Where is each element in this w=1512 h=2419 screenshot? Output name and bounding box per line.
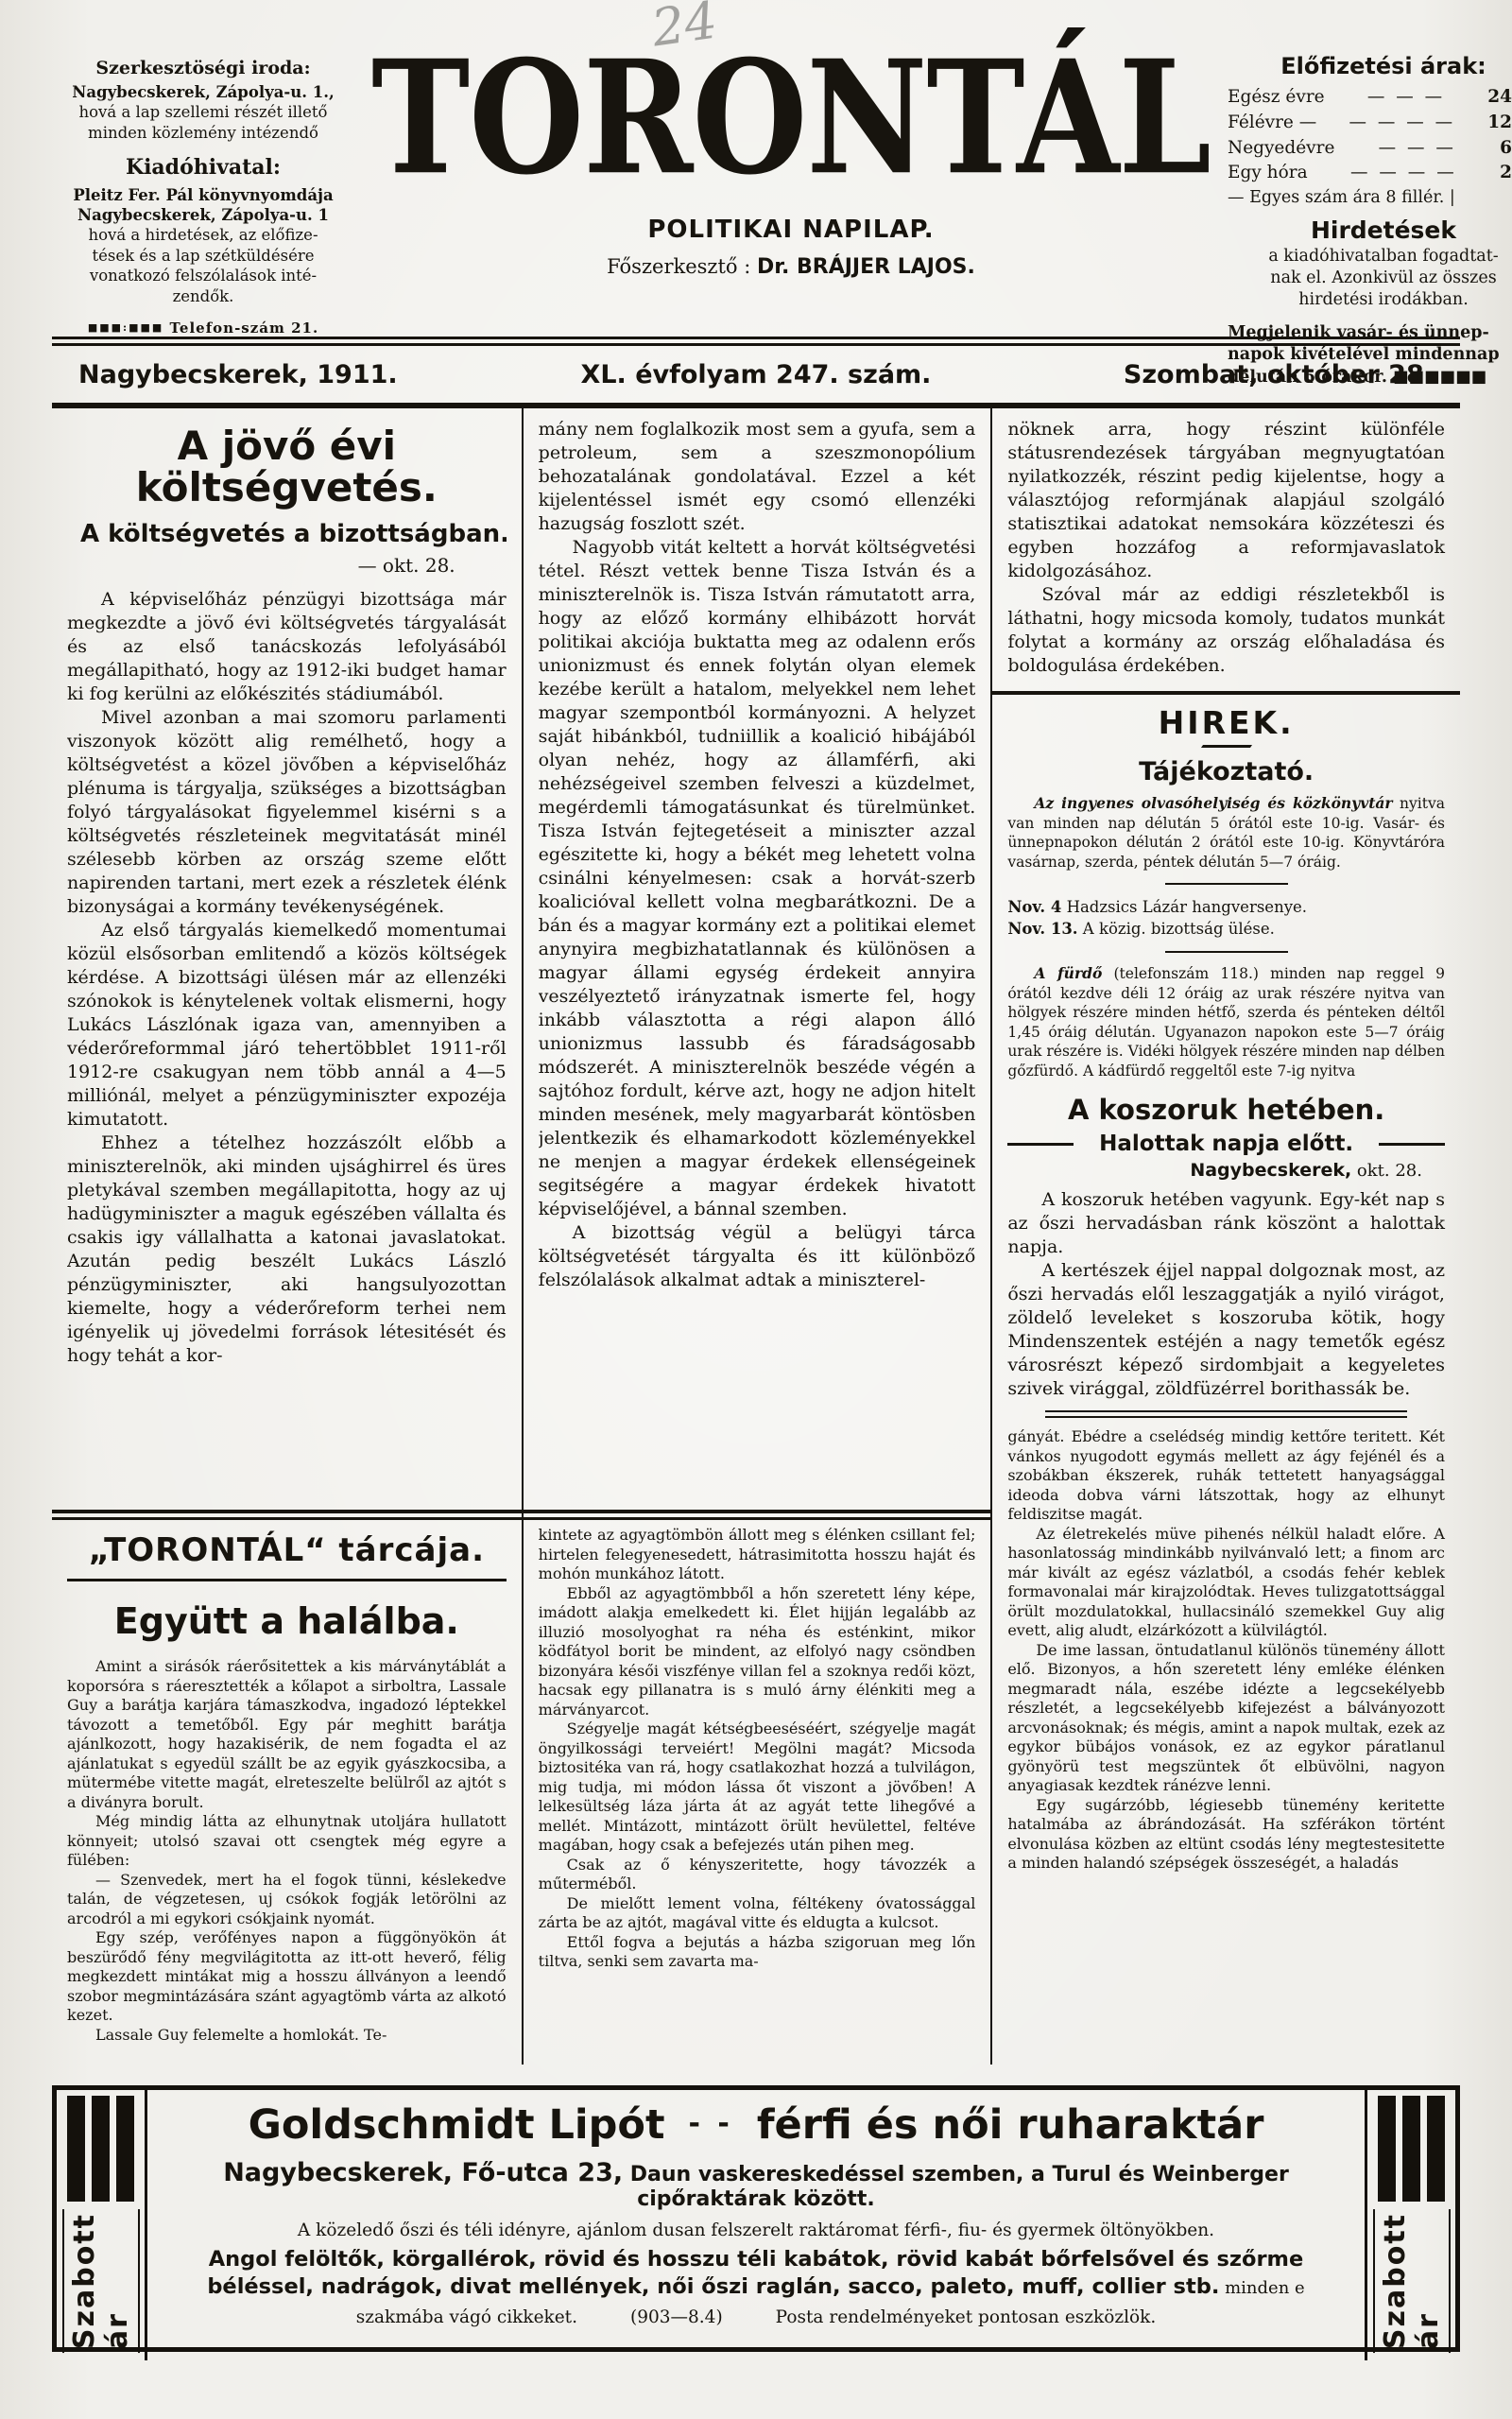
event-text: A közig. bizottság ülése.	[1078, 920, 1275, 938]
feuilleton-col2: kintete az agyagtömbön állott meg s élén…	[539, 1526, 976, 2065]
column-3: nöknek arra, hogy részint különféle stát…	[990, 408, 1460, 2065]
paragraph: Ehhez a tételhez hozzászólt előbb a mini…	[67, 1132, 507, 1368]
dateline-day: Szombat, október 28.	[982, 360, 1434, 389]
ads-info: a kiadóhivatalban fogadtat-nak el. Azonk…	[1228, 246, 1512, 310]
section-divider-rule	[52, 1510, 522, 1520]
ad-bottom-line: szakmába vágó cikkeket. (903—8.4) Posta …	[170, 2307, 1342, 2327]
price-label: Egész évre	[1228, 85, 1325, 111]
ad-address-rest: Daun vaskereskedéssel szemben, a Turul é…	[623, 2163, 1289, 2211]
ad-code: (903—8.4)	[630, 2307, 723, 2327]
price-dashes: — — —	[1334, 136, 1500, 162]
editor-name: Dr. BRÁJJER LAJOS.	[757, 255, 975, 279]
feuilleton-col1: „TORONTÁL“ tárcája. Együtt a halálba. Am…	[67, 1526, 507, 2065]
flourish-ornament	[1201, 745, 1252, 748]
event-text: Hadzsics Lázár hangversenye.	[1061, 898, 1307, 916]
paragraph: a kiadóhivatalban fogadtat-	[1228, 246, 1512, 268]
advertisement: Szabott ár Goldschmidt Lipót - - férfi é…	[52, 2085, 1460, 2352]
ad-box: Szabott ár Goldschmidt Lipót - - férfi é…	[52, 2085, 1460, 2352]
paragraph: Szóval már az eddigi részletekből is lát…	[1007, 583, 1445, 678]
prices-title: Előfizetési árak:	[1228, 53, 1512, 79]
single-copy-price: — Egyes szám ára 8 fillér. |	[1228, 188, 1512, 207]
price-label: Félévre —	[1228, 111, 1316, 136]
ad-title-right: férfi és női ruharaktár	[757, 2101, 1264, 2149]
ad-goods-tail: minden e	[1219, 2278, 1304, 2298]
koszoruk-place: Nagybecskerek,	[1190, 1160, 1351, 1181]
paragraph: Szégyelje magát kétségbeeséséért, szégye…	[539, 1719, 976, 1856]
section-divider-rule	[524, 1510, 991, 1520]
lead-article-col2: mány nem foglalkozik most sem a gyufa, s…	[539, 418, 976, 1507]
hirek-top-rule	[992, 691, 1460, 695]
office-note: minden közlemény intézendő	[52, 123, 354, 143]
paragraph: kintete az agyagtömbön állott meg s élén…	[539, 1526, 976, 1584]
paragraph: Amint a sirásók ráerősitettek a kis márv…	[67, 1657, 507, 1812]
paragraph: mány nem foglalkozik most sem a gyufa, s…	[539, 418, 976, 536]
dateline-issue: XL. évfolyam 247. szám.	[530, 360, 982, 389]
ad-goods-line: Angol felöltők, körgallérok, rövid és ho…	[170, 2246, 1342, 2302]
fixed-price-label: Szabott ár	[1373, 2209, 1451, 2353]
koszoruk-dateline: Nagybecskerek, okt. 28.	[1007, 1160, 1445, 1181]
article-title: A jövő évi költségvetés.	[67, 425, 507, 509]
dash-rule	[1379, 1143, 1445, 1146]
office-note: hová a lap szellemi részét illető	[52, 102, 354, 122]
ad-title-separator: - -	[679, 2107, 743, 2140]
ad-title-left: Goldschmidt Lipót	[249, 2101, 665, 2149]
separator-rule	[1165, 951, 1288, 953]
paragraph: nöknek arra, hogy részint különféle stát…	[1007, 418, 1445, 583]
paragraph: Megjelenik vasár- és ünnep-	[1228, 322, 1512, 345]
ad-address: Nagybecskerek, Fő-utca 23, Daun vaskeres…	[170, 2158, 1342, 2211]
telefon-line: ■■■:■■■ Telefon-szám 21.	[52, 320, 354, 338]
separator-rule	[1165, 883, 1288, 885]
price-value: 12 K.	[1487, 111, 1512, 136]
library-notice: Az ingyenes olvasóhelyiség és közkönyvtá…	[1007, 794, 1445, 872]
feuilleton-col3: gányát. Ebédre a cselédség mindig kettőr…	[1007, 1427, 1445, 1874]
paragraph: A koszoruk hetében vagyunk. Egy-két nap …	[1007, 1188, 1445, 1259]
hirek-title: HIREK.	[1007, 704, 1445, 741]
price-dashes: — — — —	[1316, 111, 1487, 136]
publisher-note: zendők.	[52, 286, 354, 306]
publisher-line: Pleitz Fer. Pál könyvnyomdája	[52, 185, 354, 205]
publisher-note: vonatkozó felszólalások inté-	[52, 266, 354, 285]
fixed-price-label: Szabott ár	[62, 2209, 140, 2353]
paragraph: A kertészek éjjel nappal dolgoznak most,…	[1007, 1259, 1445, 1401]
lead-article-col1: A jövő évi költségvetés. A költségvetés …	[67, 418, 507, 1507]
feuilleton-header: „TORONTÁL“ tárcája.	[67, 1528, 507, 1581]
ad-title: Goldschmidt Lipót - - férfi és női ruhar…	[170, 2101, 1342, 2149]
thin-double-rule	[1045, 1410, 1407, 1418]
lead-article-col3: nöknek arra, hogy részint különféle stát…	[1007, 418, 1445, 678]
subscription-box: Előfizetési árak: Egész évre — — — 24 K.…	[1228, 45, 1512, 389]
story-body-col1: Amint a sirásók ráerősitettek a kis márv…	[67, 1657, 507, 2045]
ads-title: Hirdetések	[1228, 216, 1512, 244]
editor-prefix: Főszerkesztő :	[607, 255, 750, 278]
editor-line: Főszerkesztő : Dr. BRÁJJER LAJOS.	[371, 255, 1211, 279]
office-address: Nagybecskerek, Zápolya-u. 1.,	[52, 82, 354, 102]
ad-goods-strong: Angol felöltők, körgallérok, rövid és ho…	[207, 2247, 1303, 2299]
publisher-title: Kiadóhivatal:	[52, 154, 354, 181]
square-bullets-icon: ■■■:■■■	[88, 321, 163, 334]
price-value: 2 K.	[1500, 161, 1512, 186]
ad-bottom-left: szakmába vágó cikkeket.	[356, 2307, 577, 2327]
ad-address-strong: Nagybecskerek, Fő-utca 23,	[223, 2158, 623, 2187]
newspaper-page: 24 Szerkesztöségi iroda: Nagybecskerek, …	[0, 0, 1512, 2419]
column-2: mány nem foglalkozik most sem a gyufa, s…	[522, 408, 991, 2065]
paragraph: Az első tárgyalás kiemelkedő momentumai …	[67, 919, 507, 1132]
paragraph: A bizottság végül a belügyi tárca költsé…	[539, 1221, 976, 1292]
ad-bottom-right: Posta rendelményeket pontosan eszközlök.	[776, 2307, 1157, 2327]
paragraph: Nagyobb vitát keltett a horvát költségve…	[539, 536, 976, 1221]
paragraph: Mivel azonban a mai szomoru parlamenti v…	[67, 706, 507, 919]
ad-season-line: A közeledő őszi és téli idényre, ajánlom…	[170, 2220, 1342, 2240]
paragraph: Lassale Guy felemelte a homlokát. Te-	[67, 2026, 507, 2046]
price-value: 6 K.	[1500, 136, 1512, 162]
bath-notice-lead: A fürdő	[1034, 964, 1102, 982]
bath-notice-rest: (telefonszám 118.) minden nap reggel 9 ó…	[1007, 965, 1445, 1080]
paragraph: Egy sugárzóbb, légiesebb tünemény kerite…	[1007, 1796, 1445, 1874]
paragraph: Az életrekelés müve pihenés nélkül halad…	[1007, 1525, 1445, 1641]
paragraph: hirdetési irodákban.	[1228, 289, 1512, 311]
price-label: Egy hóra	[1228, 161, 1308, 186]
library-notice-lead: Az ingyenes olvasóhelyiség és közkönyvtá…	[1034, 794, 1392, 812]
editorial-office-box: Szerkesztöségi iroda: Nagybecskerek, Záp…	[52, 45, 354, 338]
event-date: Nov. 13.	[1007, 920, 1077, 938]
article-dateline: — okt. 28.	[67, 554, 507, 577]
event-item: Nov. 13. A közig. bizottság ülése.	[1007, 918, 1445, 940]
event-item: Nov. 4 Hadzsics Lázár hangversenye.	[1007, 896, 1445, 918]
publisher-note: hová a hirdetések, az előfize-	[52, 225, 354, 245]
paragraph: Még mindig látta az elhunytnak utoljára …	[67, 1812, 507, 1871]
koszoruk-subtitle: Halottak napja előtt.	[1099, 1132, 1353, 1156]
dateline-place: Nagybecskerek, 1911.	[78, 360, 530, 389]
publisher-line: Nagybecskerek, Zápolya-u. 1	[52, 205, 354, 225]
column-1: A jövő évi költségvetés. A költségvetés …	[52, 408, 522, 2065]
ad-side-panel-left: Szabott ár	[57, 2090, 147, 2360]
price-row: Egy hóra — — — — 2 K.	[1228, 161, 1512, 186]
black-bars-icon	[67, 2096, 134, 2202]
price-row: Egész évre — — — 24 K.	[1228, 85, 1512, 111]
paragraph: gányát. Ebédre a cselédség mindig kettőr…	[1007, 1427, 1445, 1525]
page-columns: A jövő évi költségvetés. A költségvetés …	[52, 408, 1460, 2065]
price-row: Negyedévre — — — 6 K.	[1228, 136, 1512, 162]
telefon-text: Telefon-szám 21.	[169, 320, 318, 337]
koszoruk-body: A koszoruk hetében vagyunk. Egy-két nap …	[1007, 1188, 1445, 1401]
koszoruk-title: A koszoruk hetében.	[1007, 1094, 1445, 1126]
paragraph: De mielőtt lement volna, féltékeny óvato…	[539, 1894, 976, 1933]
tagline: POLITIKAI NAPILAP.	[371, 216, 1211, 244]
price-row: Félévre — — — — — 12 K.	[1228, 111, 1512, 136]
black-bars-icon	[1378, 2096, 1445, 2202]
paragraph: A képviselőház pénzügyi bizottsága már m…	[67, 588, 507, 706]
paragraph: Ettől fogva a bejutás a házba szigoruan …	[539, 1933, 976, 1972]
paragraph: nak el. Azonkivül az összes	[1228, 268, 1512, 289]
masthead: Szerkesztöségi iroda: Nagybecskerek, Záp…	[52, 45, 1460, 321]
article-body-col1: A képviselőház pénzügyi bizottsága már m…	[67, 588, 507, 1368]
koszoruk-subtitle-row: Halottak napja előtt.	[1007, 1132, 1445, 1156]
bath-notice: A fürdő (telefonszám 118.) minden nap re…	[1007, 964, 1445, 1080]
ad-side-panel-right: Szabott ár	[1365, 2090, 1455, 2360]
paragraph: De ime lassan, öntudatlanul különös tüne…	[1007, 1641, 1445, 1796]
story-title: Együtt a halálba.	[67, 1600, 507, 1642]
article-subtitle: A költségvetés a bizottságban.	[80, 520, 507, 548]
price-dashes: — — —	[1325, 85, 1488, 111]
article-subtitle-row: A költségvetés a bizottságban.	[67, 520, 507, 548]
masthead-center: TORONTÁL POLITIKAI NAPILAP. Főszerkesztő…	[371, 45, 1211, 279]
ad-content: Goldschmidt Lipót - - férfi és női ruhar…	[147, 2090, 1365, 2360]
paragraph: Csak az ő kényszeritette, hogy távozzék …	[539, 1856, 976, 1894]
tajekoztato-title: Tájékoztató.	[1007, 757, 1445, 786]
price-label: Negyedévre	[1228, 136, 1334, 162]
paragraph: Ebből az agyagtömbből a hőn szeretett lé…	[539, 1584, 976, 1720]
dash-rule	[1007, 1143, 1074, 1146]
price-value: 24 K.	[1487, 85, 1512, 111]
office-title: Szerkesztöségi iroda:	[52, 57, 354, 80]
price-dashes: — — — —	[1308, 161, 1501, 186]
koszoruk-date: okt. 28.	[1351, 1161, 1422, 1181]
publisher-note: tések és a lap szétküldésére	[52, 246, 354, 266]
paragraph: Egy szép, verőfényes napon a függönyökön…	[67, 1928, 507, 2026]
event-date: Nov. 4	[1007, 898, 1061, 916]
newspaper-logo: TORONTÁL	[371, 41, 1211, 197]
paragraph: — Szenvedek, mert ha el fogok tünni, kés…	[67, 1871, 507, 1929]
